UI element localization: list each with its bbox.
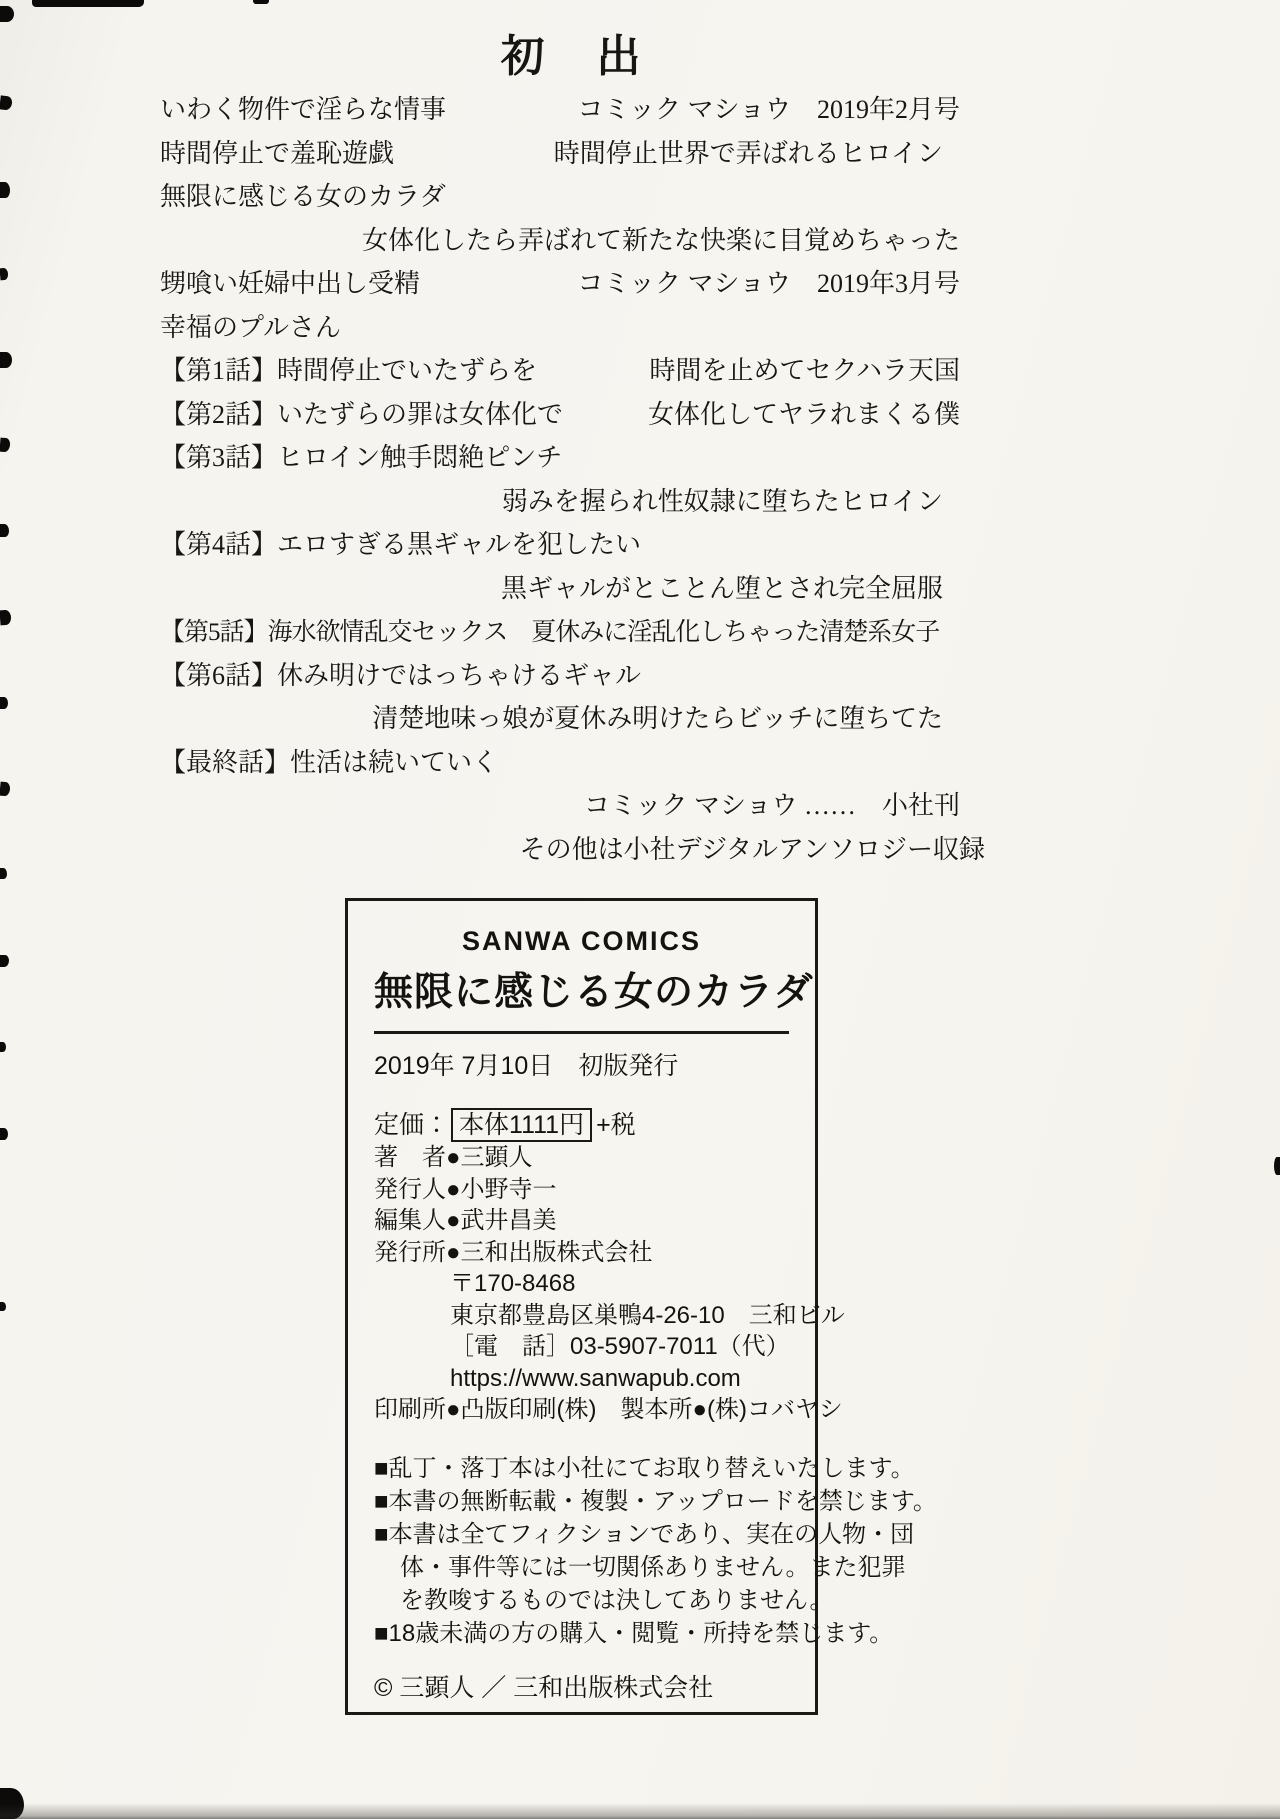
credit-row-publisher-company: 発行所●三和出版株式会社 xyxy=(374,1237,789,1269)
entry-source: コミック マショウ 2019年2月号 xyxy=(578,89,960,126)
entry-title: 【第1話】時間停止でいたずらを xyxy=(160,350,537,387)
first-publication-list: いわく物件で淫らな情事コミック マショウ 2019年2月号 時間停止で羞恥遊戯時… xyxy=(160,86,985,869)
price-amount: 本体1111円 xyxy=(451,1108,592,1142)
scanned-page: 初 出 いわく物件で淫らな情事コミック マショウ 2019年2月号 時間停止で羞… xyxy=(0,0,1280,1819)
binding-mark xyxy=(0,955,9,967)
entry-row: 【第6話】休み明けではっちゃけるギャル xyxy=(160,652,985,696)
entry-title: 時間停止で羞恥遊戯 xyxy=(160,133,394,170)
colophon-box: SANWA COMICS 無限に感じる女のカラダ 2019年 7月10日 初版発… xyxy=(345,898,818,1715)
entry-row: 【第2話】いたずらの罪は女体化で女体化してヤラれまくる僕 xyxy=(160,391,985,435)
binding-mark xyxy=(0,6,14,22)
entry-title: 【第2話】いたずらの罪は女体化で xyxy=(160,394,563,431)
notice-line: ■18歳未満の方の購入・閲覧・所持を禁じます。 xyxy=(374,1617,789,1650)
entry-source: その他は小社デジタルアンソロジー収録 xyxy=(520,829,985,866)
credit-value: 三顕人 xyxy=(461,1144,533,1171)
bullet-icon: ● xyxy=(446,1176,461,1203)
credit-row-editor: 編集人●武井昌美 xyxy=(374,1205,789,1237)
entry-source: 女体化したら弄ばれて新たな快楽に目覚めちゃった xyxy=(362,220,960,257)
entry-source: 女体化してヤラれまくる僕 xyxy=(648,394,960,431)
entry-row: 甥喰い妊婦中出し受精コミック マショウ 2019年3月号 xyxy=(160,260,985,304)
entry-row: その他は小社デジタルアンソロジー収録 xyxy=(160,826,985,870)
entry-row: いわく物件で淫らな情事コミック マショウ 2019年2月号 xyxy=(160,86,985,130)
publication-date: 2019年 7月10日 初版発行 xyxy=(374,1050,789,1082)
entry-title: 【第5話】海水欲情乱交セックス 夏休みに淫乱化しちゃった清楚系女子 xyxy=(160,612,939,648)
entry-row: 【第5話】海水欲情乱交セックス 夏休みに淫乱化しちゃった清楚系女子 xyxy=(160,608,985,652)
entry-source: 黒ギャルがとことん堕とされ完全屈服 xyxy=(501,568,943,605)
entry-source: コミック マショウ …… 小社刊 xyxy=(584,785,960,822)
entry-title: 【最終話】性活は続いていく xyxy=(160,742,498,779)
bullet-icon: ● xyxy=(446,1144,461,1171)
entry-row: 【最終話】性活は続いていく xyxy=(160,739,985,783)
entry-row: 弱みを握られ性奴隷に堕ちたヒロイン xyxy=(160,478,985,522)
credit-row-publisher-person: 発行人●小野寺一 xyxy=(374,1174,789,1206)
scan-shadow xyxy=(0,1803,1280,1819)
entry-title: 幸福のプルさん xyxy=(160,307,341,344)
book-title: 無限に感じる女のカラダ xyxy=(374,967,789,1034)
entry-title: 甥喰い妊婦中出し受精 xyxy=(160,263,420,300)
entry-source: 時間停止世界で弄ばれるヒロイン xyxy=(554,133,943,170)
entry-row: 【第4話】エロすぎる黒ギャルを犯したい xyxy=(160,521,985,565)
credit-label: 編集人 xyxy=(374,1205,446,1237)
credit-label: 著 者 xyxy=(374,1142,446,1174)
scan-artifact xyxy=(1274,1157,1280,1175)
scan-artifact xyxy=(32,0,144,7)
binding-mark xyxy=(0,95,13,110)
entry-row: 無限に感じる女のカラダ xyxy=(160,173,985,217)
binding-mark xyxy=(0,1042,6,1052)
binding-mark xyxy=(0,524,9,537)
credit-label: 発行人 xyxy=(374,1174,446,1206)
entry-title: 無限に感じる女のカラダ xyxy=(160,176,446,213)
publisher-address: 〒170-8468 東京都豊島区巣鴨4-26-10 三和ビル ［電 話］03-5… xyxy=(450,1268,789,1394)
entry-row: 【第1話】時間停止でいたずらを時間を止めてセクハラ天国 xyxy=(160,347,985,391)
price-row: 定価：本体1111円+税 xyxy=(374,1108,789,1142)
entry-title: いわく物件で淫らな情事 xyxy=(160,89,446,126)
credit-value: 小野寺一 xyxy=(461,1176,557,1203)
entry-title: 【第3話】ヒロイン触手悶絶ピンチ xyxy=(160,437,562,474)
entry-source: コミック マショウ 2019年3月号 xyxy=(578,263,960,300)
bullet-icon: ● xyxy=(446,1239,461,1266)
imprint-label: SANWA COMICS xyxy=(374,923,789,959)
binding-mark xyxy=(0,868,7,879)
binding-mark xyxy=(0,438,10,453)
binding-mark xyxy=(0,697,8,709)
entry-row: 女体化したら弄ばれて新たな快楽に目覚めちゃった xyxy=(160,217,985,261)
credit-value: 三和出版株式会社 xyxy=(461,1239,653,1266)
legal-notices: ■乱丁・落丁本は小社にてお取り替えいたします。 ■本書の無断転載・複製・アップロ… xyxy=(374,1452,789,1650)
copyright-line: © 三顕人 ／ 三和出版株式会社 xyxy=(374,1672,789,1704)
entry-row: 黒ギャルがとことん堕とされ完全屈服 xyxy=(160,565,985,609)
scan-artifact xyxy=(253,0,269,4)
binding-mark xyxy=(0,1302,6,1311)
entry-title: 【第6話】休み明けではっちゃけるギャル xyxy=(160,655,641,692)
entry-row: 清楚地味っ娘が夏休み明けたらビッチに堕ちてた xyxy=(160,695,985,739)
binding-mark xyxy=(0,782,11,797)
notice-line: ■乱丁・落丁本は小社にてお取り替えいたします。 xyxy=(374,1452,789,1485)
binding-mark xyxy=(0,610,12,626)
credit-row-author: 著 者●三顕人 xyxy=(374,1142,789,1174)
notice-line: ■本書の無断転載・複製・アップロードを禁じます。 xyxy=(374,1485,789,1518)
notice-line: ■本書は全てフィクションであり、実在の人物・団 xyxy=(374,1518,789,1551)
notice-line: を教唆するものでは決してありません。 xyxy=(374,1584,789,1617)
entry-source: 時間を止めてセクハラ天国 xyxy=(650,350,960,387)
binding-mark xyxy=(0,1128,8,1140)
price-tax: +税 xyxy=(596,1111,636,1139)
notice-line: 体・事件等には一切関係ありません。また犯罪 xyxy=(374,1551,789,1584)
phone-line: ［電 話］03-5907-7011（代） xyxy=(450,1331,789,1363)
entry-title: 【第4話】エロすぎる黒ギャルを犯したい xyxy=(160,524,641,561)
entry-source: 弱みを握られ性奴隷に堕ちたヒロイン xyxy=(502,481,943,518)
binding-mark xyxy=(0,182,10,198)
page-title: 初 出 xyxy=(160,20,985,84)
binding-mark xyxy=(0,268,9,281)
price-label: 定価： xyxy=(374,1111,449,1139)
street-address-line: 東京都豊島区巣鴨4-26-10 三和ビル xyxy=(450,1300,789,1332)
entry-source: 清楚地味っ娘が夏休み明けたらビッチに堕ちてた xyxy=(372,698,943,735)
credit-label: 発行所 xyxy=(374,1237,446,1269)
bullet-icon: ● xyxy=(446,1207,461,1234)
entry-row: 時間停止で羞恥遊戯時間停止世界で弄ばれるヒロイン xyxy=(160,130,985,174)
entry-row: コミック マショウ …… 小社刊 xyxy=(160,782,985,826)
website-line: https://www.sanwapub.com xyxy=(450,1363,789,1395)
postal-code-line: 〒170-8468 xyxy=(450,1268,789,1300)
binding-mark xyxy=(0,352,12,368)
entry-row: 【第3話】ヒロイン触手悶絶ピンチ xyxy=(160,434,985,478)
entry-row: 幸福のプルさん xyxy=(160,304,985,348)
printer-line: 印刷所●凸版印刷(株) 製本所●(株)コバヤシ xyxy=(374,1394,789,1426)
credit-value: 武井昌美 xyxy=(461,1207,557,1234)
